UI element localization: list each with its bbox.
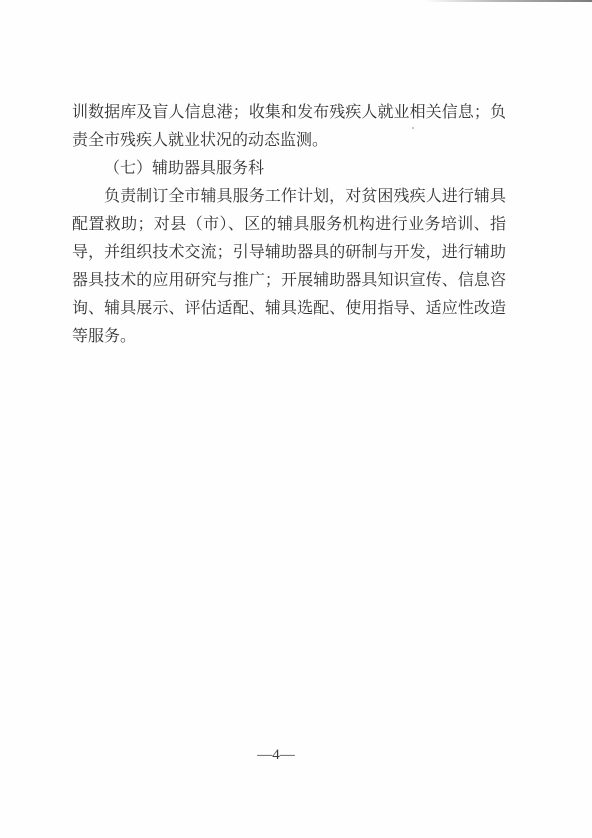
text-line-8: 询、辅具展示、评估适配、辅具选配、使用指导、适应性改造 <box>72 295 506 323</box>
scan-artifact-top-edge <box>424 0 592 2</box>
document-body: 训数据库及盲人信息港；收集和发布残疾人就业相关信息；负 责全市残疾人就业状况的动… <box>72 99 506 351</box>
page-number: —4— <box>0 746 552 764</box>
text-line-4: 负责制订全市辅具服务工作计划，对贫困残疾人进行辅具 <box>72 183 506 211</box>
document-page: 训数据库及盲人信息港；收集和发布残疾人就业相关信息；负 责全市残疾人就业状况的动… <box>0 0 592 838</box>
text-line-9: 等服务。 <box>72 323 506 351</box>
text-line-1: 训数据库及盲人信息港；收集和发布残疾人就业相关信息；负 <box>72 99 506 127</box>
section-heading: （七）辅助器具服务科 <box>72 155 506 183</box>
text-line-2: 责全市残疾人就业状况的动态监测。 <box>72 127 506 155</box>
text-line-6: 导，并组织技术交流；引导辅助器具的研制与开发，进行辅助 <box>72 239 506 267</box>
text-line-5: 配置救助；对县（市）、区的辅具服务机构进行业务培训、指 <box>72 211 506 239</box>
text-line-7: 器具技术的应用研究与推广；开展辅助器具知识宣传、信息咨 <box>72 267 506 295</box>
